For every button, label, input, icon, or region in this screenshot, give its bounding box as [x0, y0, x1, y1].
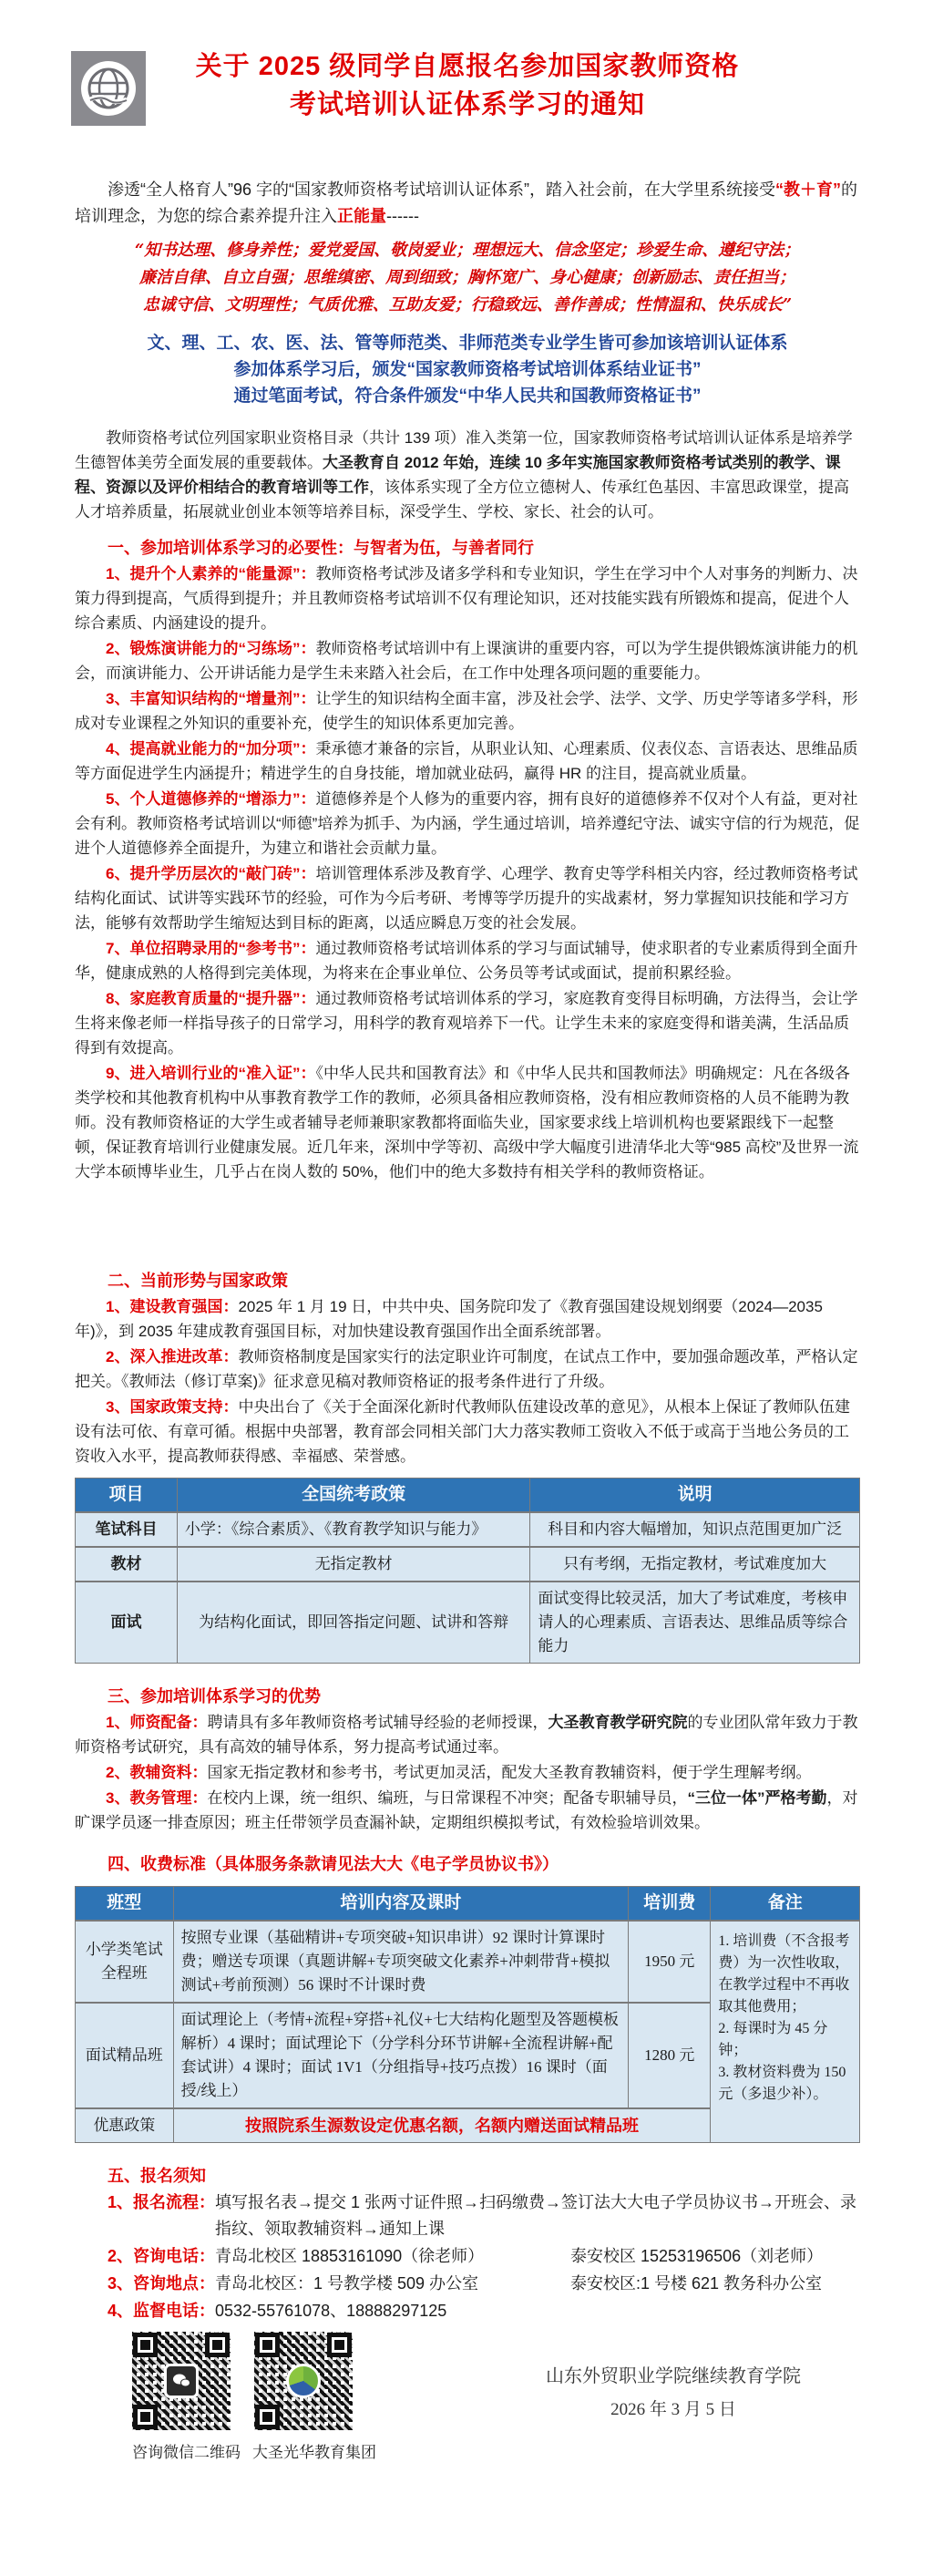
item-lead: 1、提升个人素养的“能量源”：: [106, 565, 315, 582]
notice-document: 关于 2025 级同学自愿报名参加国家教师资格 考试培训认证体系学习的通知 渗透…: [0, 0, 933, 2576]
item-lead: 1、报名流程：: [108, 2190, 215, 2242]
dasheng-qr-code: [254, 2332, 353, 2430]
policy-table: 项目 全国统考政策 说明 笔试科目 小学：《综合素质》、《教育教学知识与能力》 …: [75, 1478, 860, 1664]
table-row: 笔试科目 小学：《综合素质》、《教育教学知识与能力》 科目和内容大幅增加，知识点…: [76, 1512, 860, 1547]
table-cell-content: 按照专业课（基础精讲+专项突破+知识串讲）92 课时计算课时费；赠送专项课（真题…: [173, 1921, 628, 2003]
qr-labels: 咨询微信二维码 大圣光华教育集团: [132, 2439, 353, 2462]
table-cell: 笔试科目: [76, 1512, 178, 1547]
item-lead: 4、监督电话：: [108, 2298, 215, 2324]
section1-heading: 一、参加培训体系学习的必要性：与智者为伍，与善者同行: [75, 535, 860, 561]
taian-location: 泰安校区:1 号楼 621 教务科办公室: [570, 2274, 822, 2293]
taian-phone: 泰安校区 15253196506（刘老师）: [570, 2247, 823, 2265]
section1-item-8: 8、家庭教育质量的“提升器”：通过教师资格考试培训体系的学习，家庭教育变得目标明…: [75, 986, 860, 1060]
table-cell: 为结构化面试，即回答指定问题、试讲和答辩: [177, 1582, 529, 1664]
item-lead: 3、咨询地点：: [108, 2271, 215, 2297]
issuing-organization: 山东外贸职业学院继续教育学院: [523, 2361, 824, 2392]
dasheng-logo-icon: [286, 2364, 321, 2398]
section2-heading: 二、当前形势与国家政策: [75, 1268, 860, 1293]
item-bold-text: 大圣教育教学研究院: [548, 1714, 687, 1731]
motto-block: “知书达理、修身养性；爱党爱国、敬岗爱业；理想远大、信念坚定；珍爱生命、遵纪守法…: [75, 237, 860, 319]
section5-item-4: 4、监督电话： 0532-55761078、18888297125: [75, 2298, 860, 2324]
dasheng-qr-label: 大圣光华教育集团: [252, 2439, 351, 2462]
section4-heading: 四、收费标准（具体服务条款请见法大大《电子学员协议书》）: [75, 1851, 860, 1877]
table-cell-fee: 1950 元: [629, 1921, 711, 2003]
item-text: 在校内上课，统一组织、编班，与日常课程不冲突；配备专职辅导员，: [207, 1789, 687, 1807]
section5-item-2: 2、咨询电话： 青岛北校区 18853161090（徐老师）泰安校区 15253…: [75, 2243, 860, 2270]
section1-item-3: 3、丰富知识结构的“增量剂”：让学生的知识结构全面丰富，涉及社会学、法学、文学、…: [75, 686, 860, 736]
item-lead: 3、教务管理：: [106, 1789, 207, 1807]
section5-heading: 五、报名须知: [75, 2163, 860, 2189]
table-cell-class-type: 小学类笔试全程班: [76, 1921, 174, 2003]
intro-highlight-positive-energy: 正能量: [337, 207, 386, 225]
section1-item-4: 4、提高就业能力的“加分项”：秉承德才兼备的宗旨，从职业认知、心理素质、仪表仪态…: [75, 737, 860, 786]
section2-item-3: 3、国家政策支持：中央出台了《关于全面深化新时代教师队伍建设改革的意见》，从根本…: [75, 1395, 860, 1468]
item-lead: 9、进入培训行业的“准入证”：: [106, 1065, 315, 1082]
blue-notice-block: 文、理、工、农、医、法、管等师范类、非师范类专业学生皆可参加该培训认证体系 参加…: [75, 330, 860, 409]
section3-item-2: 2、教辅资料：国家无指定教材和参考书，考试更加灵活，配发大圣教育教辅资料，便于学…: [75, 1760, 860, 1785]
wechat-icon: [164, 2364, 199, 2398]
section1-item-5: 5、个人道德修养的“增添力”：道德修养是个人修为的重要内容，拥有良好的道德修养不…: [75, 787, 860, 860]
fee-table: 班型 培训内容及课时 培训费 备注 小学类笔试全程班 按照专业课（基础精讲+专项…: [75, 1886, 860, 2143]
motto-line-2: 廉洁自律、自立自强；思维缜密、周到细致；胸怀宽广、身心健康；创新励志、责任担当；: [75, 264, 860, 292]
item-lead: 3、国家政策支持：: [106, 1398, 238, 1416]
section3-item-1: 1、师资配备：聘请具有多年教师资格考试辅导经验的老师授课，大圣教育教学研究院的专…: [75, 1710, 860, 1759]
item-lead: 2、深入推进改革：: [106, 1348, 238, 1365]
fee-note-3: 3. 教材资料费为 150 元（多退少补）。: [718, 2062, 852, 2106]
footer-qr-area: 咨询微信二维码 大圣光华教育集团: [132, 2332, 353, 2462]
section4-heading-main: 四、收费标准: [108, 1855, 206, 1873]
item-lead: 1、师资配备：: [106, 1714, 207, 1731]
section2-item-2: 2、深入推进改革：教师资格制度是国家实行的法定职业许可制度，在试点工作中，要加强…: [75, 1345, 860, 1394]
registration-flow-text: 填写报名表→提交 1 张两寸证件照→扫码缴费→签订法大大电子学员协议书→开班会、…: [215, 2190, 860, 2242]
fee-table-header-content: 培训内容及课时: [173, 1887, 628, 1922]
table-row: 面试 为结构化面试，即回答指定问题、试讲和答辩 面试变得比较灵活，加大了考试难度…: [76, 1582, 860, 1664]
section4-heading-note: （具体服务条款请见法大大《电子学员协议书》）: [206, 1855, 559, 1873]
qr-finder-icon: [133, 2405, 158, 2429]
title-line-1: 关于 2025 级同学自愿报名参加国家教师资格: [196, 52, 740, 81]
qr-finder-icon: [133, 2333, 158, 2357]
table-cell-promo-label: 优惠政策: [76, 2108, 174, 2143]
section5-item-3: 3、咨询地点： 青岛北校区：1 号教学楼 509 办公室泰安校区:1 号楼 62…: [75, 2271, 860, 2297]
overview-paragraph: 教师资格考试位列国家职业资格目录（共计 139 项）准入类第一位，国家教师资格考…: [75, 426, 860, 524]
table-row: 教材 无指定教材 只有考纲，无指定教材，考试难度加大: [76, 1547, 860, 1582]
section1-item-6: 6、提升学历层次的“敲门砖”：培训管理体系涉及教育学、心理学、教育史等学科相关内…: [75, 861, 860, 935]
item-lead: 3、丰富知识结构的“增量剂”：: [106, 690, 315, 707]
section1-item-9: 9、进入培训行业的“准入证”：《中华人民共和国教育法》和《中华人民共和国教师法》…: [75, 1061, 860, 1184]
item-lead: 2、咨询电话：: [108, 2243, 215, 2270]
item-lead: 8、家庭教育质量的“提升器”：: [106, 990, 315, 1007]
motto-line-3: 忠诚守信、文明理性；气质优雅、互助友爱；行稳致远、善作善成；性情温和、快乐成长”: [75, 292, 860, 319]
item-text: 聘请具有多年教师资格考试辅导经验的老师授课，: [207, 1714, 548, 1731]
section3-heading: 三、参加培训体系学习的优势: [75, 1684, 860, 1709]
table-cell-fee: 1280 元: [629, 2003, 711, 2108]
motto-line-1: “知书达理、修身养性；爱党爱国、敬岗爱业；理想远大、信念坚定；珍爱生命、遵纪守法…: [75, 237, 860, 264]
table-cell-notes: 1. 培训费（不含报考费）为一次性收取，在教学过程中不再收取其他费用； 2. 每…: [711, 1921, 860, 2143]
issue-date: 2026 年 3 月 5 日: [523, 2392, 824, 2428]
item-lead: 2、教辅资料：: [106, 1764, 207, 1781]
document-header: 关于 2025 级同学自愿报名参加国家教师资格 考试培训认证体系学习的通知: [75, 0, 860, 135]
fee-note-2: 2. 每课时为 45 分钟；: [718, 2018, 852, 2062]
table-cell-class-type: 面试精品班: [76, 2003, 174, 2108]
table-cell: 无指定教材: [177, 1547, 529, 1582]
table-cell-content: 面试理论上（考情+流程+穿搭+礼仪+七大结构化题型及答题模板解析）4 课时；面试…: [173, 2003, 628, 2108]
qr-finder-icon: [255, 2333, 280, 2357]
qr-finder-icon: [205, 2333, 230, 2357]
qr-finder-icon: [327, 2333, 352, 2357]
item-text: 国家无指定教材和参考书，考试更加灵活，配发大圣教育教辅资料，便于学生理解考纲。: [207, 1764, 811, 1781]
section5-item-1: 1、报名流程： 填写报名表→提交 1 张两寸证件照→扫码缴费→签订法大大电子学员…: [75, 2190, 860, 2242]
table-cell: 面试变得比较灵活，加大了考试难度，考核申请人的心理素质、言语表达、思维品质等综合…: [530, 1582, 860, 1664]
intro-dashes: ------: [386, 207, 419, 225]
qr-finder-icon: [255, 2405, 280, 2429]
wechat-qr-label: 咨询微信二维码: [132, 2439, 231, 2462]
qingdao-phone: 青岛北校区 18853161090（徐老师）: [215, 2243, 570, 2270]
table-cell: 只有考纲，无指定教材，考试难度加大: [530, 1547, 860, 1582]
page-title: 关于 2025 级同学自愿报名参加国家教师资格 考试培训认证体系学习的通知: [75, 47, 860, 124]
globe-emblem-icon: [79, 59, 138, 118]
blue-notice-line-1: 文、理、工、农、医、法、管等师范类、非师范类专业学生皆可参加该培训认证体系: [75, 330, 860, 356]
qingdao-location: 青岛北校区：1 号教学楼 509 办公室: [215, 2271, 570, 2297]
item-lead: 1、建设教育强国：: [106, 1298, 238, 1315]
item-lead: 6、提升学历层次的“敲门砖”：: [106, 865, 315, 882]
fee-note-1: 1. 培训费（不含报考费）为一次性收取，在教学过程中不再收取其他费用；: [718, 1931, 852, 2018]
section2-item-1: 1、建设教育强国：2025 年 1 月 19 日，中共中央、国务院印发了《教育强…: [75, 1294, 860, 1344]
table-cell-promo-text: 按照院系生源数设定优惠名额，名额内赠送面试精品班: [173, 2108, 711, 2143]
table-cell: 科目和内容大幅增加，知识点范围更加广泛: [530, 1512, 860, 1547]
fee-table-header-row: 班型 培训内容及课时 培训费 备注: [76, 1887, 860, 1922]
table-cell: 小学：《综合素质》、《教育教学知识与能力》: [177, 1512, 529, 1547]
school-seal-logo: [71, 51, 146, 126]
policy-table-header-row: 项目 全国统考政策 说明: [76, 1479, 860, 1513]
intro-highlight-jiao-yu: “教＋育”: [775, 180, 841, 199]
section1-item-1: 1、提升个人素养的“能量源”：教师资格考试涉及诸多学科和专业知识，学生在学习中个…: [75, 562, 860, 635]
policy-table-header-policy: 全国统考政策: [177, 1479, 529, 1513]
item-lead: 7、单位招聘录用的“参考书”：: [106, 940, 315, 957]
blue-notice-line-3: 通过笔面考试，符合条件颁发“中华人民共和国教师资格证书”: [75, 383, 860, 409]
blue-notice-line-2: 参加体系学习后，颁发“国家教师资格考试培训体系结业证书”: [75, 356, 860, 383]
item-lead: 5、个人道德修养的“增添力”：: [106, 790, 315, 808]
section1-item-2: 2、锻炼演讲能力的“习练场”：教师资格考试培训中有上课演讲的重要内容，可以为学生…: [75, 636, 860, 685]
policy-table-header-note: 说明: [530, 1479, 860, 1513]
item-text: 《中华人民共和国教育法》和《中华人民共和国教师法》明确规定：凡在各级各类学校和其…: [75, 1065, 858, 1180]
phone-columns: 青岛北校区 18853161090（徐老师）泰安校区 15253196506（刘…: [215, 2243, 860, 2270]
intro-text: 渗透“全人格育人”96 字的“国家教师资格考试培训认证体系”，踏入社会前，在大学…: [108, 180, 775, 199]
fee-table-header-notes: 备注: [711, 1887, 860, 1922]
title-line-2: 考试培训认证体系学习的通知: [290, 90, 645, 119]
location-columns: 青岛北校区：1 号教学楼 509 办公室泰安校区:1 号楼 621 教务科办公室: [215, 2271, 860, 2297]
table-row: 小学类笔试全程班 按照专业课（基础精讲+专项突破+知识串讲）92 课时计算课时费…: [76, 1921, 860, 2003]
signature-block: 山东外贸职业学院继续教育学院 2026 年 3 月 5 日: [523, 2361, 824, 2428]
supervision-phone: 0532-55761078、18888297125: [215, 2298, 860, 2324]
item-lead: 4、提高就业能力的“加分项”：: [106, 740, 315, 757]
table-cell: 教材: [76, 1547, 178, 1582]
fee-table-header-fee: 培训费: [629, 1887, 711, 1922]
policy-table-header-item: 项目: [76, 1479, 178, 1513]
intro-paragraph: 渗透“全人格育人”96 字的“国家教师资格考试培训认证体系”，踏入社会前，在大学…: [75, 177, 860, 230]
item-lead: 2、锻炼演讲能力的“习练场”：: [106, 640, 315, 657]
fee-table-header-type: 班型: [76, 1887, 174, 1922]
section3-item-3: 3、教务管理：在校内上课，统一组织、编班，与日常课程不冲突；配备专职辅导员，“三…: [75, 1786, 860, 1835]
table-cell: 面试: [76, 1582, 178, 1664]
item-bold-text: “三位一体”严格考勤: [687, 1789, 826, 1807]
wechat-qr-code: [132, 2332, 231, 2430]
section1-item-7: 7、单位招聘录用的“参考书”：通过教师资格考试培训体系的学习与面试辅导，使求职者…: [75, 936, 860, 985]
